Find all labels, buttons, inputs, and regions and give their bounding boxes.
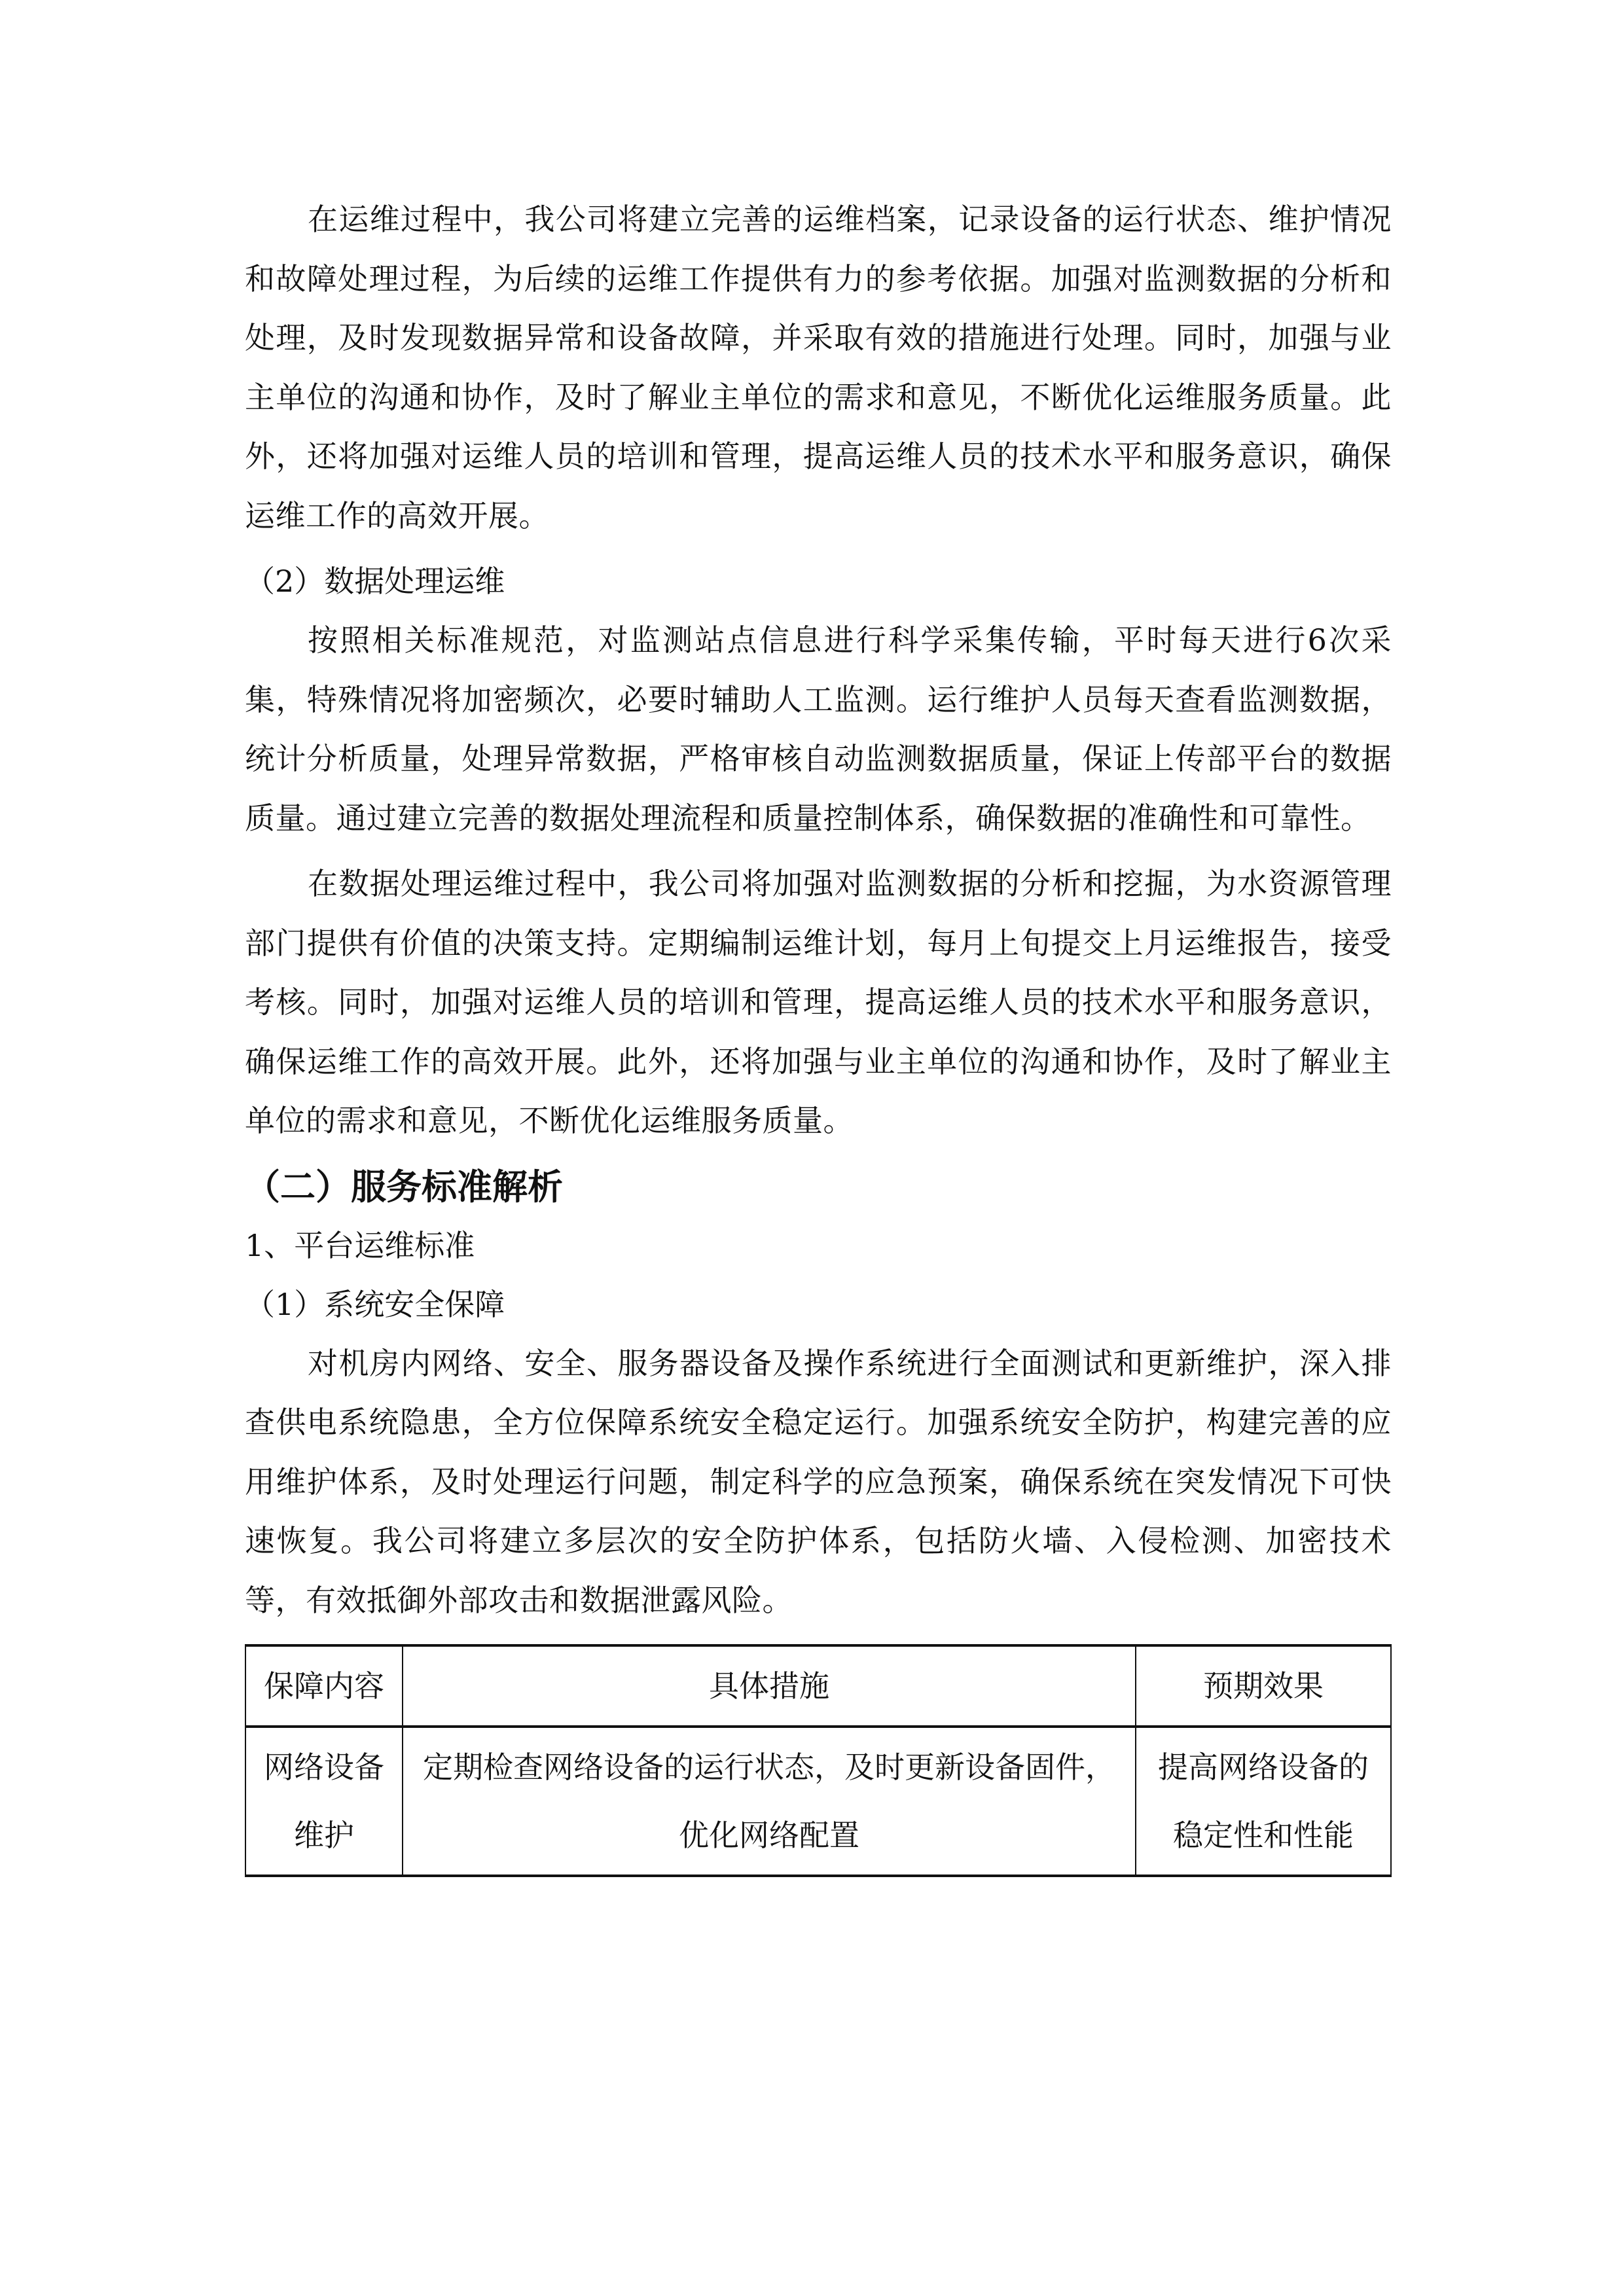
table-cell-measures: 定期检查网络设备的运行状态，及时更新设备固件，优化网络配置 bbox=[403, 1727, 1136, 1876]
table-header-row: 保障内容 具体措施 预期效果 bbox=[245, 1645, 1391, 1727]
table-header-effect: 预期效果 bbox=[1136, 1645, 1391, 1727]
table-row: 网络设备维护 定期检查网络设备的运行状态，及时更新设备固件，优化网络配置 提高网… bbox=[245, 1727, 1391, 1876]
table-header-content: 保障内容 bbox=[245, 1645, 403, 1727]
spacer bbox=[245, 848, 1392, 854]
table-cell-effect: 提高网络设备的稳定性和性能 bbox=[1136, 1727, 1391, 1876]
subheading-data-processing: （2）数据处理运维 bbox=[245, 552, 1392, 611]
spacer bbox=[245, 545, 1392, 552]
paragraph-maintenance-records: 在运维过程中，我公司将建立完善的运维档案，记录设备的运行状态、维护情况和故障处理… bbox=[245, 190, 1392, 545]
paragraph-data-collection: 按照相关标准规范，对监测站点信息进行科学采集传输，平时每天进行6次采集，特殊情况… bbox=[245, 611, 1392, 848]
spacer bbox=[245, 1151, 1392, 1157]
table-cell-content: 网络设备维护 bbox=[245, 1727, 403, 1876]
heading-platform-standards: 1、平台运维标准 bbox=[245, 1216, 1392, 1275]
section-heading-service-standards: （二）服务标准解析 bbox=[245, 1157, 1392, 1216]
paragraph-security-measures: 对机房内网络、安全、服务器设备及操作系统进行全面测试和更新维护，深入排查供电系统… bbox=[245, 1334, 1392, 1630]
subheading-system-security: （1）系统安全保障 bbox=[245, 1275, 1392, 1334]
document-page: 在运维过程中，我公司将建立完善的运维档案，记录设备的运行状态、维护情况和故障处理… bbox=[245, 190, 1392, 1877]
security-measures-table: 保障内容 具体措施 预期效果 网络设备维护 定期检查网络设备的运行状态，及时更新… bbox=[245, 1644, 1392, 1877]
table-header-measures: 具体措施 bbox=[403, 1645, 1136, 1727]
paragraph-data-analysis: 在数据处理运维过程中，我公司将加强对监测数据的分析和挖掘，为水资源管理部门提供有… bbox=[245, 854, 1392, 1151]
